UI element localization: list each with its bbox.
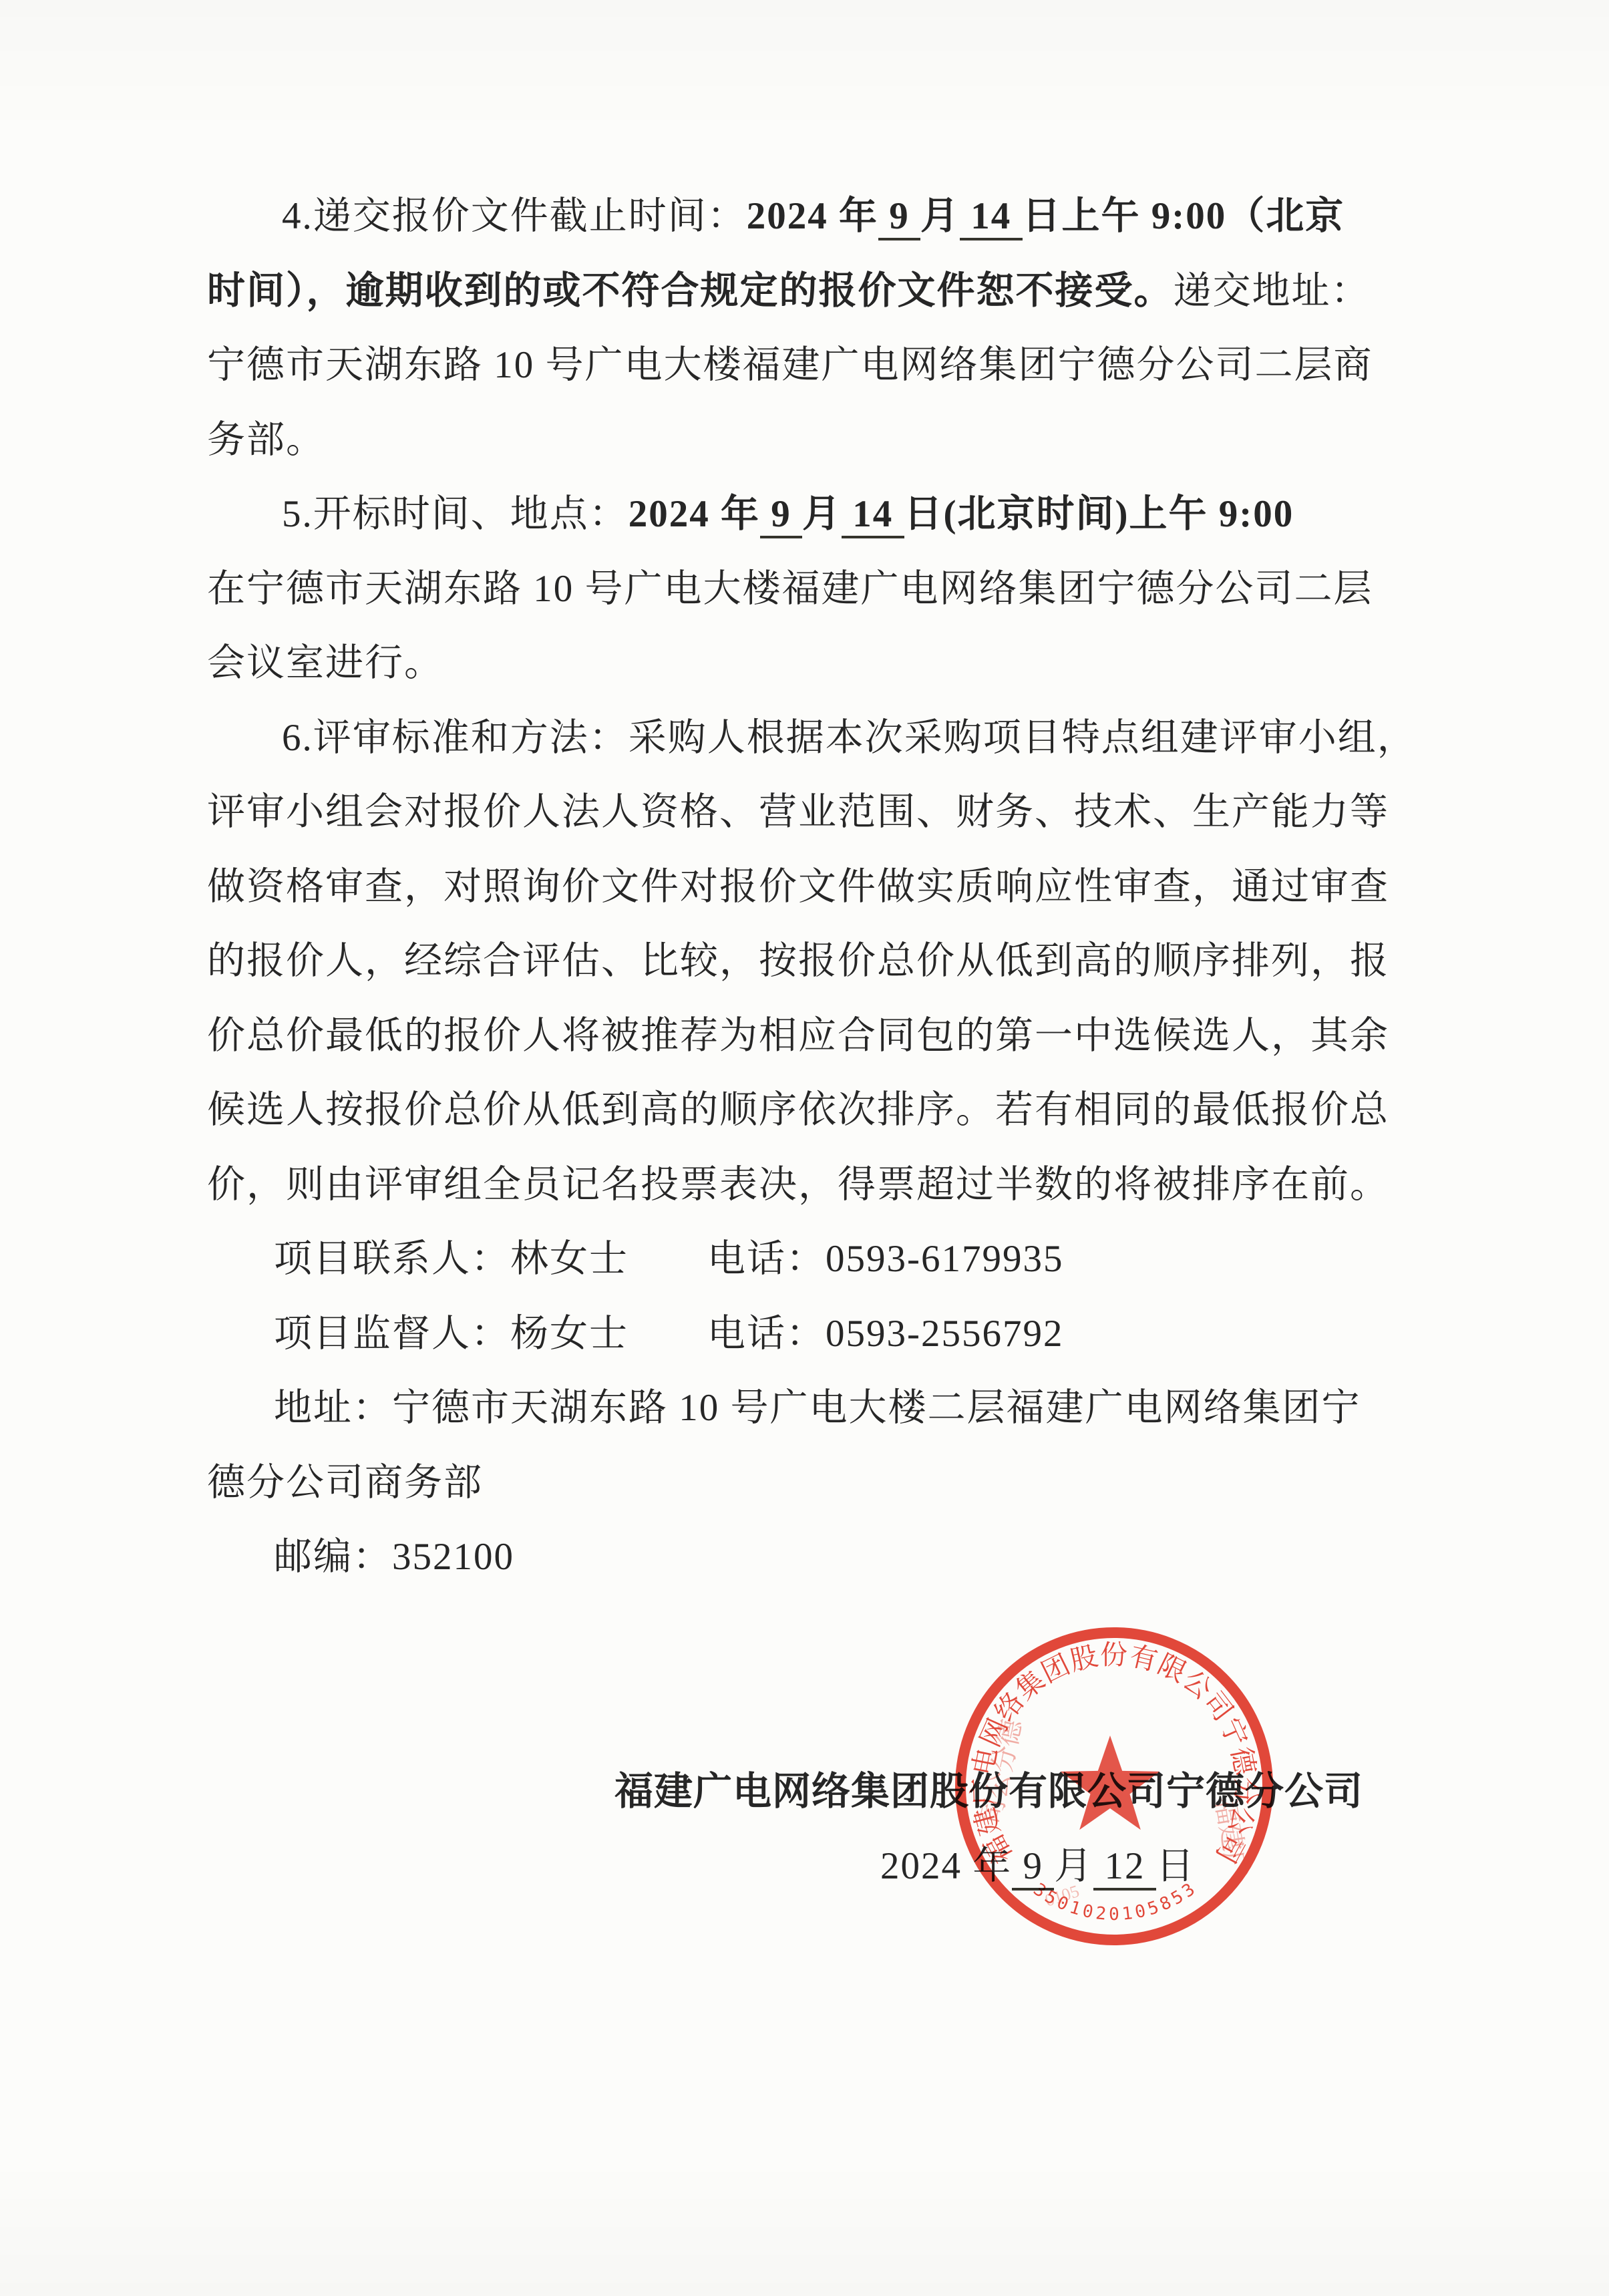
underlined-value: 9 xyxy=(878,195,920,240)
text-line: 会议室进行。 xyxy=(207,626,1384,701)
text-segment: 地址：宁德市天湖东路 10 号广电大楼二层福建广电网络集团宁 xyxy=(274,1387,1361,1429)
underlined-value: 9 xyxy=(760,493,802,538)
text-line: 的报价人，经综合评估、比较，按报价总价从低到高的顺序排列，报 xyxy=(207,924,1384,999)
text-segment: 德分公司商务部 xyxy=(207,1462,483,1504)
text-segment: 月 xyxy=(802,493,842,535)
text-segment: 会议室进行。 xyxy=(207,642,443,684)
official-seal: 福建广电网络集团股份有限公司宁德分公司 3501020105853 司公分德 福… xyxy=(947,1619,1281,1953)
text-segment: 日(北京时间)上午 9:00 xyxy=(904,493,1294,535)
text-line: 价总价最低的报价人将被推荐为相应合同包的第一中选候选人，其余 xyxy=(207,999,1384,1074)
text-segment: 6.评审标准和方法：采购人根据本次采购项目特点组建评审小组， xyxy=(282,717,1417,759)
text-segment: 做资格审查，对照询价文件对报价文件做实质响应性审查，通过审查 xyxy=(207,866,1389,908)
text-segment: 价总价最低的报价人将被推荐为相应合同包的第一中选候选人，其余 xyxy=(207,1015,1389,1057)
text-segment: 宁德市天湖东路 10 号广电大楼福建广电网络集团宁德分公司二层商 xyxy=(207,344,1373,386)
text-segment: 4.递交报价文件截止时间： xyxy=(282,195,747,237)
text-segment: 在宁德市天湖东路 10 号广电大楼福建广电网络集团宁德分公司二层 xyxy=(207,568,1373,610)
text-line: 项目监督人：杨女士 电话：0593-2556792 xyxy=(207,1297,1384,1371)
text-segment: 递交地址： xyxy=(1174,270,1371,312)
text-line: 邮编：352100 xyxy=(207,1520,1384,1595)
text-line: 时间），逾期收到的或不符合规定的报价文件恕不接受。递交地址： xyxy=(207,254,1384,329)
text-segment: 项目监督人：杨女士 电话：0593-2556792 xyxy=(274,1313,1063,1355)
text-line: 评审小组会对报价人法人资格、营业范围、财务、技术、生产能力等 xyxy=(207,775,1384,850)
text-line: 项目联系人：林女士 电话：0593-6179935 xyxy=(207,1222,1384,1297)
text-segment: 务部。 xyxy=(207,419,325,461)
text-line: 务部。 xyxy=(207,403,1384,478)
text-segment: 日上午 9:00（北京 xyxy=(1023,195,1345,237)
text-line: 4.递交报价文件截止时间：2024 年 9 月 14 日上午 9:00（北京 xyxy=(207,179,1384,254)
text-segment: 的报价人，经综合评估、比较，按报价总价从低到高的顺序排列，报 xyxy=(207,940,1389,982)
text-segment: 2024 年 xyxy=(629,493,760,535)
text-segment: 评审小组会对报价人法人资格、营业范围、财务、技术、生产能力等 xyxy=(207,791,1389,833)
underlined-value: 14 xyxy=(960,195,1023,240)
text-line: 做资格审查，对照询价文件对报价文件做实质响应性审查，通过审查 xyxy=(207,850,1384,925)
text-line: 候选人按报价总价从低到高的顺序依次排序。若有相同的最低报价总 xyxy=(207,1073,1384,1148)
underlined-value: 14 xyxy=(842,493,904,538)
text-line: 德分公司商务部 xyxy=(207,1446,1384,1520)
seal-graphic: 福建广电网络集团股份有限公司宁德分公司 3501020105853 司公分德 福… xyxy=(947,1619,1281,1953)
document-text: 4.递交报价文件截止时间：2024 年 9 月 14 日上午 9:00（北京时间… xyxy=(207,179,1384,1595)
text-line: 在宁德市天湖东路 10 号广电大楼福建广电网络集团宁德分公司二层 xyxy=(207,552,1384,627)
text-line: 地址：宁德市天湖东路 10 号广电大楼二层福建广电网络集团宁 xyxy=(207,1371,1384,1446)
text-line: 宁德市天湖东路 10 号广电大楼福建广电网络集团宁德分公司二层商 xyxy=(207,328,1384,403)
text-segment: 5.开标时间、地点： xyxy=(282,493,629,535)
text-segment: 邮编：352100 xyxy=(274,1536,514,1578)
star-icon xyxy=(1061,1736,1159,1830)
text-segment: 价，则由评审组全员记名投票表决，得票超过半数的将被排序在前。 xyxy=(207,1164,1389,1206)
text-segment: 2024 年 xyxy=(747,195,878,237)
text-line: 价，则由评审组全员记名投票表决，得票超过半数的将被排序在前。 xyxy=(207,1148,1384,1222)
text-line: 5.开标时间、地点：2024 年 9 月 14 日(北京时间)上午 9:00 xyxy=(207,477,1384,552)
seal-ghost-marks: 司公分德 福建广 0105 xyxy=(976,1716,1254,1911)
text-segment: 月 xyxy=(920,195,960,237)
document-page: 4.递交报价文件截止时间：2024 年 9 月 14 日上午 9:00（北京时间… xyxy=(0,0,1609,2296)
text-segment: 候选人按报价总价从低到高的顺序依次排序。若有相同的最低报价总 xyxy=(207,1089,1389,1131)
text-segment: 项目联系人：林女士 电话：0593-6179935 xyxy=(274,1238,1063,1280)
text-line: 6.评审标准和方法：采购人根据本次采购项目特点组建评审小组， xyxy=(207,701,1384,776)
text-segment: 时间），逾期收到的或不符合规定的报价文件恕不接受。 xyxy=(207,270,1174,312)
